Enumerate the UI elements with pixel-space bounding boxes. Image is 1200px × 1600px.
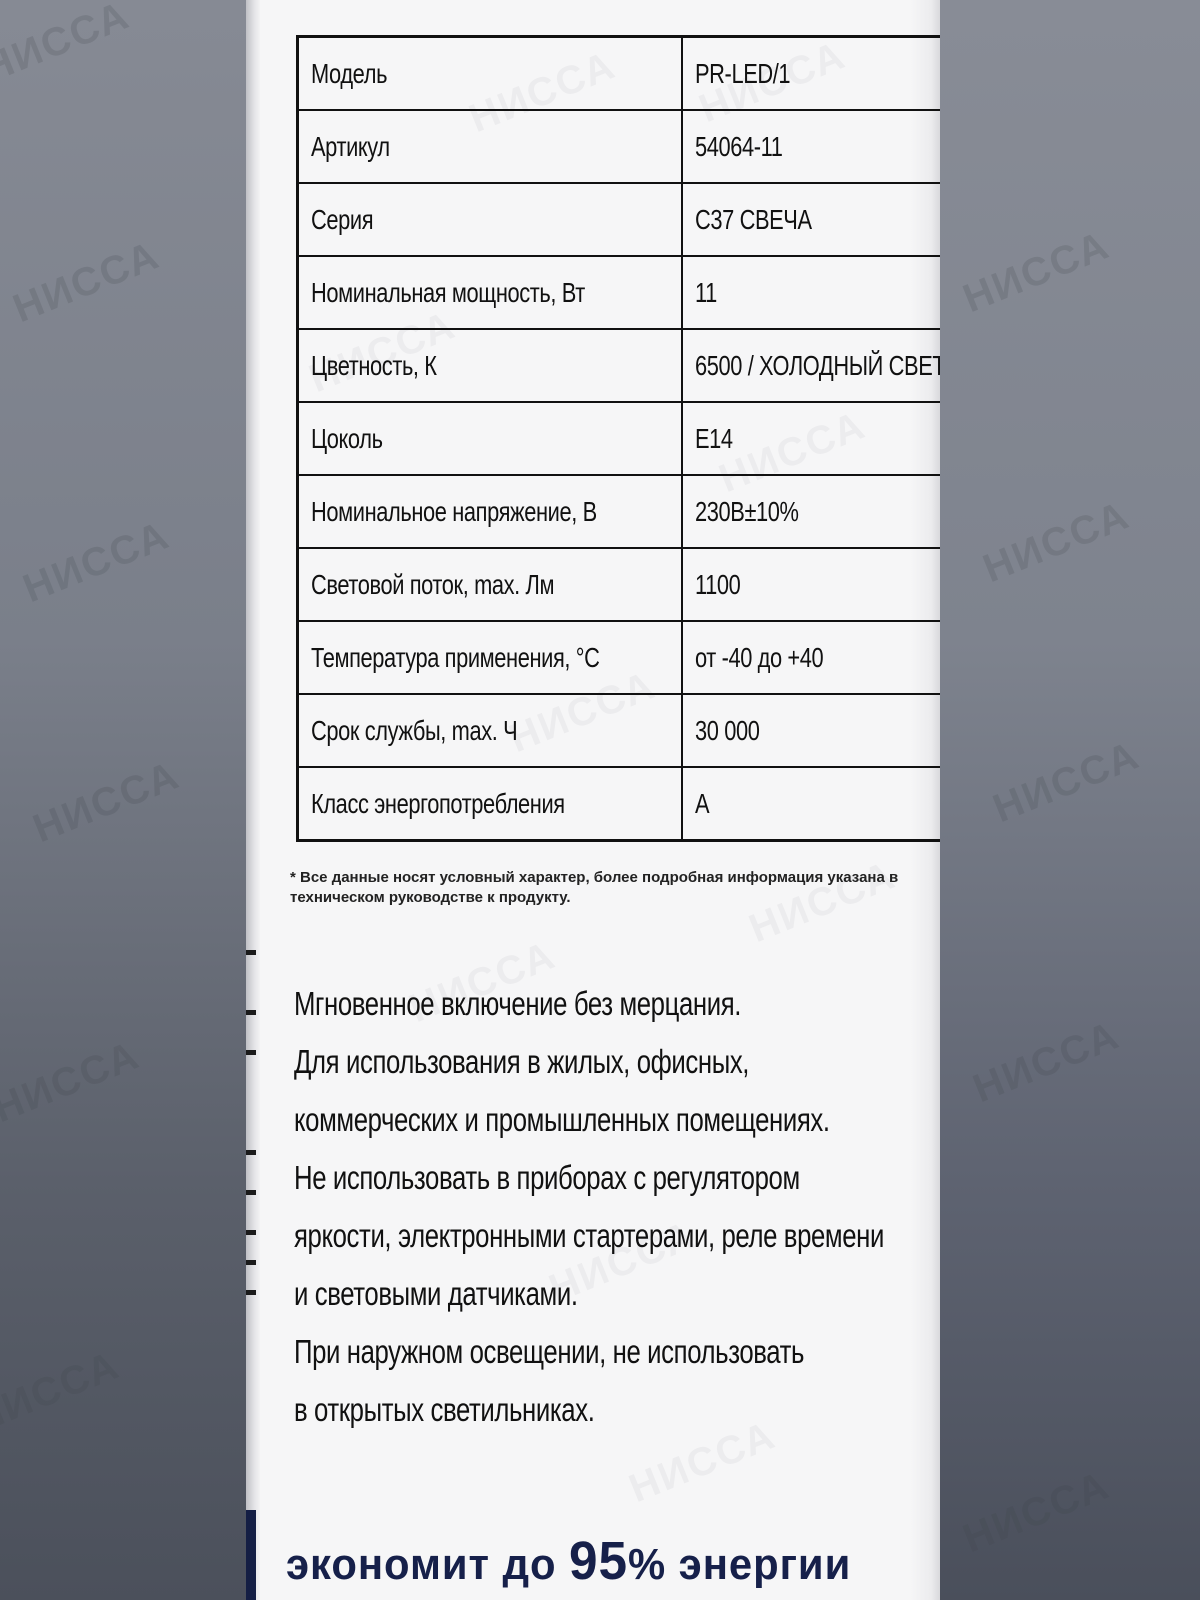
edge-mark — [246, 1010, 256, 1015]
spec-label-cell: Класс энергопотребления — [298, 767, 682, 841]
spec-label-cell: Серия — [298, 183, 682, 256]
spec-label: Модель — [311, 58, 387, 90]
spec-value: A — [695, 788, 709, 820]
spec-value: 54064-11 — [695, 131, 783, 163]
description-line: При наружном освещении, не использовать — [294, 1323, 840, 1381]
spec-label: Номинальное напряжение, В — [311, 496, 597, 528]
spec-label: Класс энергопотребления — [311, 788, 565, 820]
spec-value-cell: A — [682, 767, 940, 841]
spec-value: C37 СВЕЧА — [695, 204, 812, 236]
edge-mark — [246, 1230, 256, 1235]
spec-row: СерияC37 СВЕЧА — [298, 183, 941, 256]
spec-row: Класс энергопотребленияA — [298, 767, 941, 841]
edge-mark — [246, 1260, 256, 1265]
spec-value-cell: C37 СВЕЧА — [682, 183, 940, 256]
spec-table: МодельPR-LED/1Артикул54064-11СерияC37 СВ… — [296, 35, 940, 842]
spec-value-cell: PR-LED/1 — [682, 37, 940, 111]
description-line: и световыми датчиками. — [294, 1265, 840, 1323]
edge-mark — [246, 1150, 256, 1155]
spec-label-cell: Цветность, К — [298, 329, 682, 402]
spec-row: Температура применения, °Сот -40 до +40 — [298, 621, 941, 694]
spec-value: 30 000 — [695, 715, 759, 747]
spec-label-cell: Артикул — [298, 110, 682, 183]
description-line: Для использования в жилых, офисных, — [294, 1033, 840, 1091]
spec-value: 11 — [695, 277, 717, 309]
description: Мгновенное включение без мерцания. Для и… — [294, 975, 940, 1439]
spec-label-cell: Номинальное напряжение, В — [298, 475, 682, 548]
background-left — [0, 0, 248, 1600]
spec-value-cell: 30 000 — [682, 694, 940, 767]
product-box-panel: НИССА НИССА НИССА НИССА НИССА НИССА НИСС… — [246, 0, 940, 1600]
slogan-suffix: % энергии — [628, 1540, 851, 1589]
spec-label: Цоколь — [311, 423, 383, 455]
spec-row: МодельPR-LED/1 — [298, 37, 941, 111]
spec-value-cell: 230В±10% — [682, 475, 940, 548]
spec-value: E14 — [695, 423, 733, 455]
spec-label: Номинальная мощность, Вт — [311, 277, 585, 309]
description-line: Не использовать в приборах с регулятором — [294, 1149, 840, 1207]
slogan-percent: 95 — [569, 1531, 628, 1591]
description-line: коммерческих и промышленных помещениях. — [294, 1091, 840, 1149]
spec-label-cell: Номинальная мощность, Вт — [298, 256, 682, 329]
spec-row: Номинальное напряжение, В230В±10% — [298, 475, 941, 548]
background-right — [940, 0, 1200, 1600]
edge-mark — [246, 1290, 256, 1295]
spec-value: 6500 / ХОЛОДНЫЙ СВЕТ — [695, 350, 940, 382]
spec-value-cell: от -40 до +40 — [682, 621, 940, 694]
spec-row: Цветность, К6500 / ХОЛОДНЫЙ СВЕТ — [298, 329, 941, 402]
edge-mark — [246, 1190, 256, 1195]
spec-value: 1100 — [695, 569, 740, 601]
spec-label-cell: Модель — [298, 37, 682, 111]
spec-value: от -40 до +40 — [695, 642, 823, 674]
box-left-edge — [246, 0, 260, 1600]
footnote: * Все данные носят условный характер, бо… — [290, 868, 910, 908]
spec-value-cell: E14 — [682, 402, 940, 475]
spec-value-cell: 54064-11 — [682, 110, 940, 183]
spec-value-cell: 1100 — [682, 548, 940, 621]
spec-label-cell: Температура применения, °С — [298, 621, 682, 694]
edge-navy-strip — [246, 1510, 256, 1600]
spec-label: Световой поток, max. Лм — [311, 569, 554, 601]
spec-label-cell: Срок службы, max. Ч — [298, 694, 682, 767]
spec-value-cell: 6500 / ХОЛОДНЫЙ СВЕТ — [682, 329, 940, 402]
energy-saving-slogan: экономит до 95% энергии — [286, 1530, 851, 1592]
spec-row: Артикул54064-11 — [298, 110, 941, 183]
description-line: в открытых светильниках. — [294, 1381, 840, 1439]
spec-row: Номинальная мощность, Вт11 — [298, 256, 941, 329]
spec-row: Срок службы, max. Ч30 000 — [298, 694, 941, 767]
slogan-prefix: экономит до — [286, 1540, 569, 1589]
spec-row: ЦокольE14 — [298, 402, 941, 475]
spec-value: 230В±10% — [695, 496, 799, 528]
spec-label: Цветность, К — [311, 350, 437, 382]
spec-label: Серия — [311, 204, 373, 236]
description-line: Мгновенное включение без мерцания. — [294, 975, 840, 1033]
spec-label: Артикул — [311, 131, 390, 163]
spec-label: Температура применения, °С — [311, 642, 599, 674]
spec-row: Световой поток, max. Лм1100 — [298, 548, 941, 621]
edge-mark — [246, 1050, 256, 1055]
spec-label-cell: Цоколь — [298, 402, 682, 475]
edge-mark — [246, 950, 256, 955]
spec-label: Срок службы, max. Ч — [311, 715, 517, 747]
spec-value: PR-LED/1 — [695, 58, 790, 90]
spec-value-cell: 11 — [682, 256, 940, 329]
description-line: яркости, электронными стартерами, реле в… — [294, 1207, 840, 1265]
spec-label-cell: Световой поток, max. Лм — [298, 548, 682, 621]
